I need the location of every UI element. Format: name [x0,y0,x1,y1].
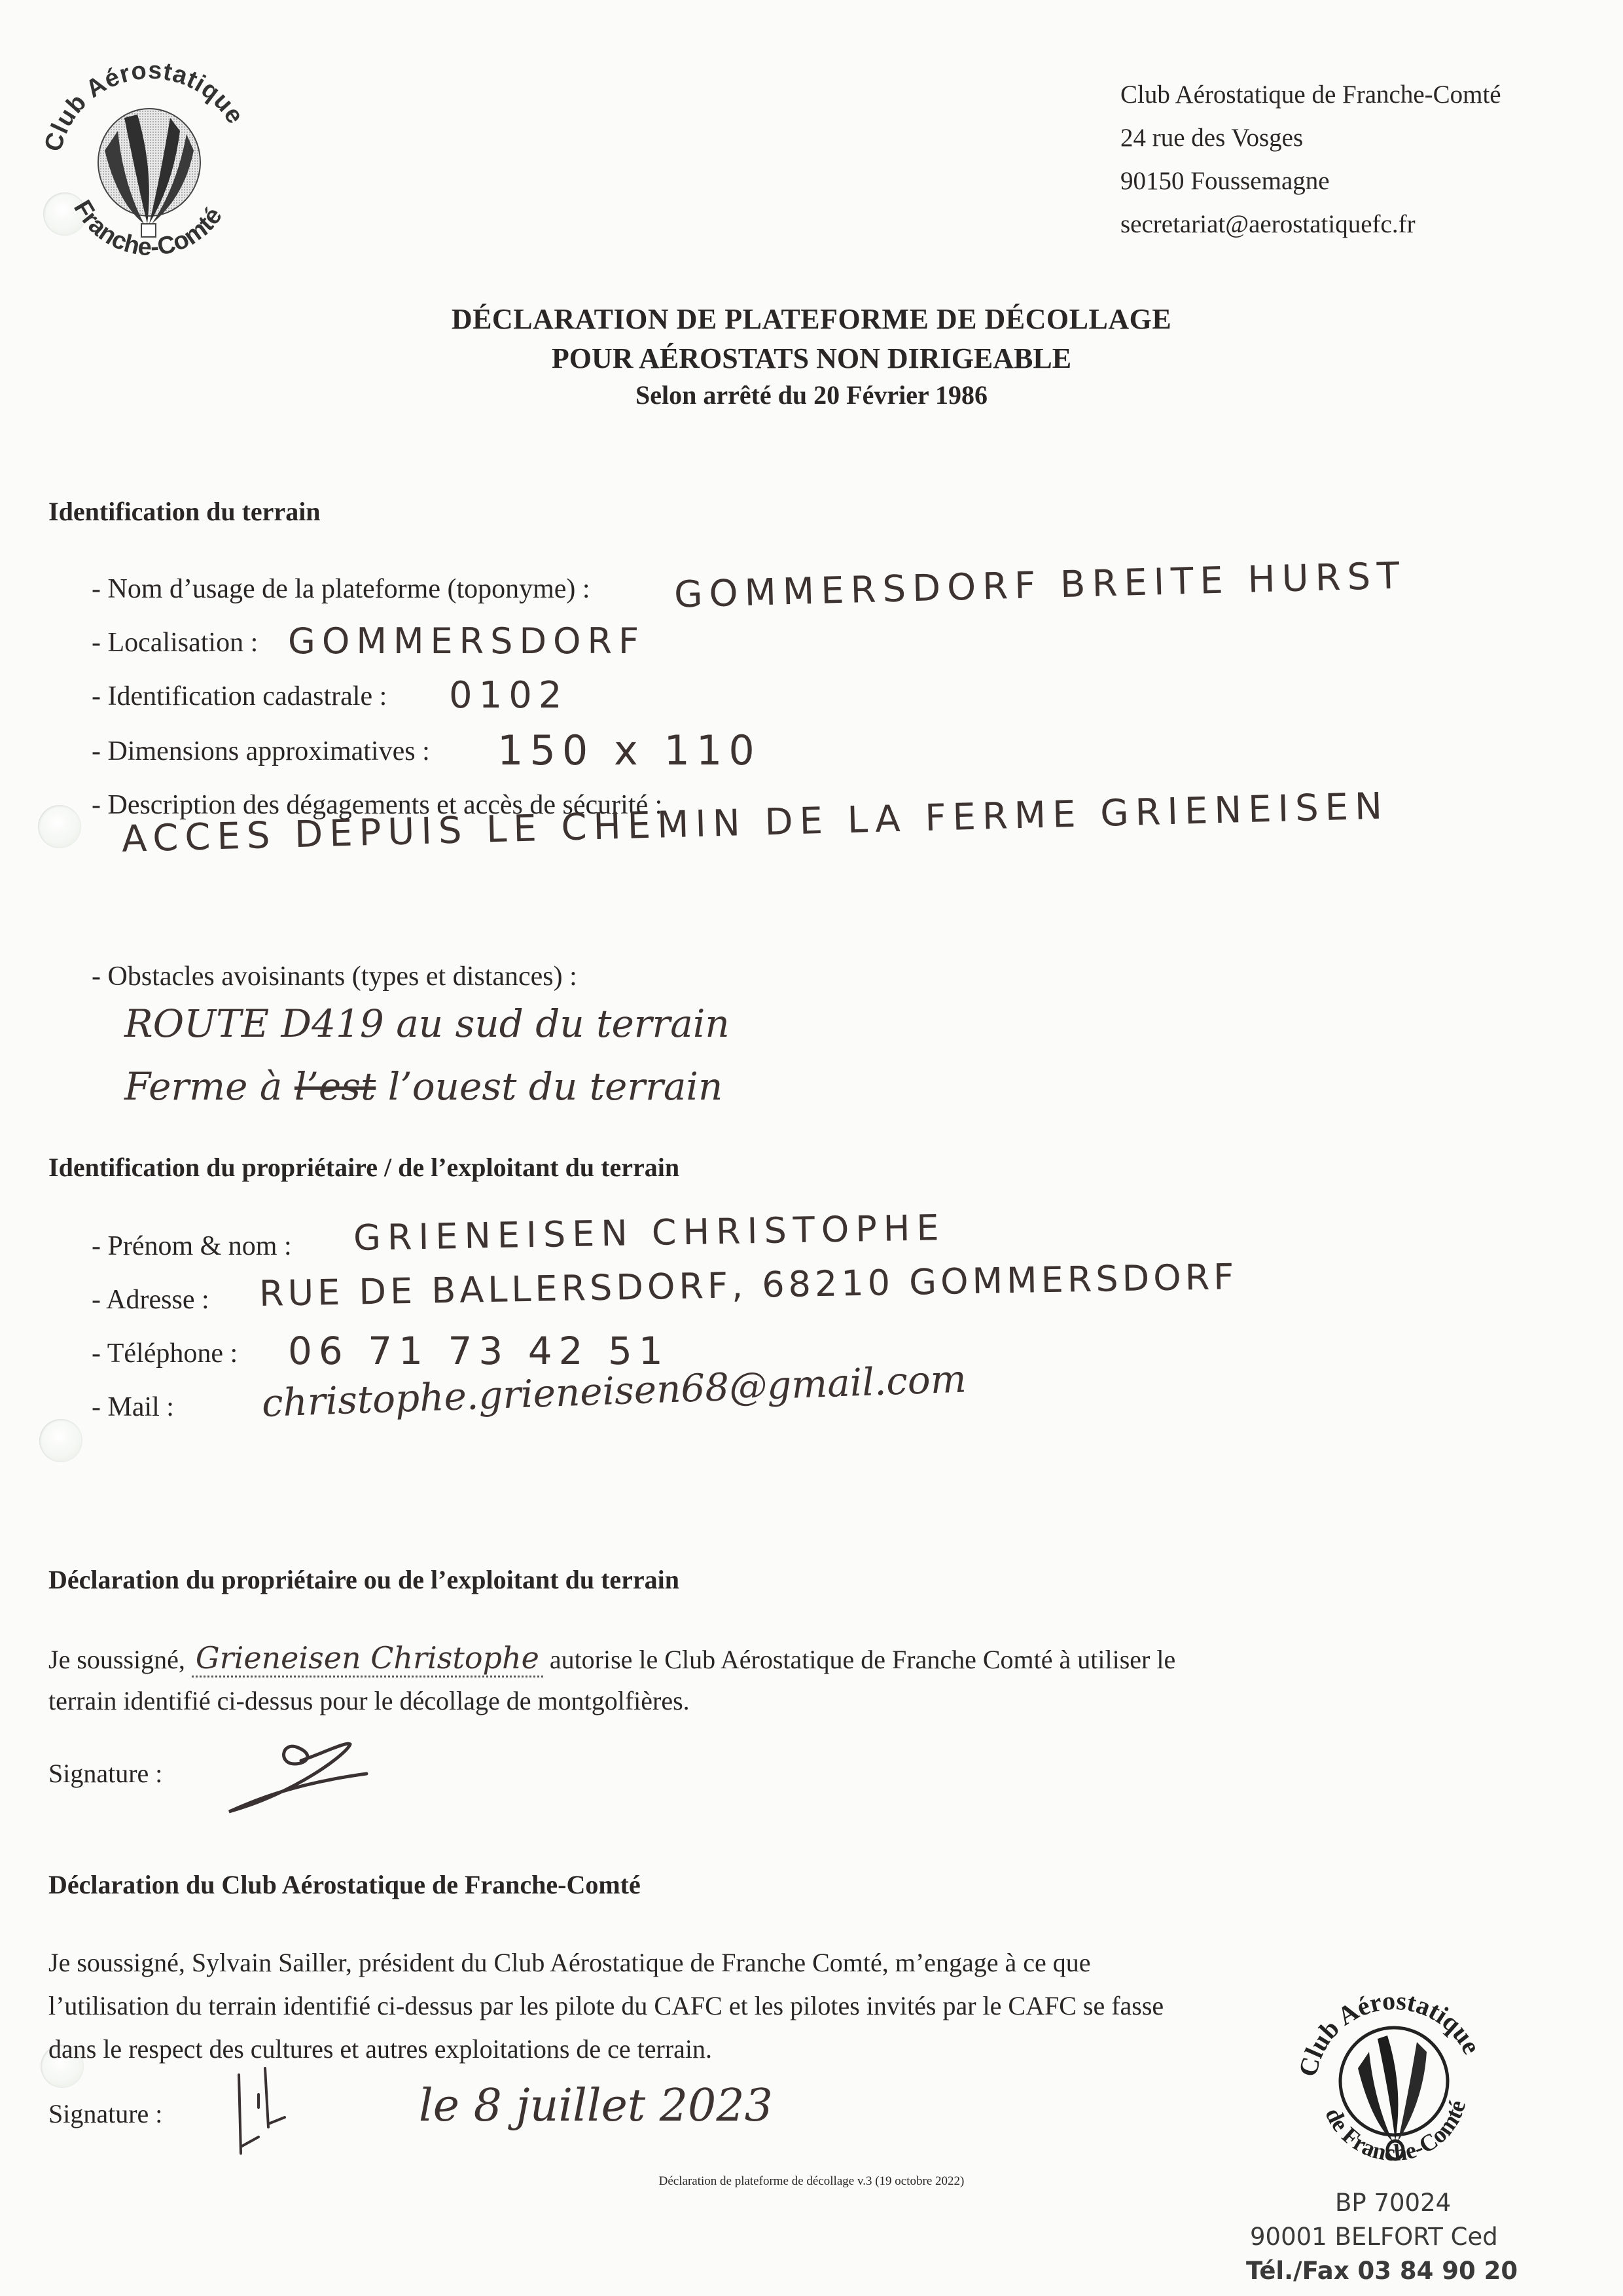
field-label-cadastral: - Identification cadastrale : [92,681,387,712]
field-label-obstacles: - Obstacles avoisinants (types et distan… [92,961,577,992]
signature-scribble-icon [216,1728,425,1820]
section-heading-owner-declaration: Déclaration du propriétaire ou de l’expl… [48,1564,679,1595]
hot-air-balloon-stamp-icon: Club Aérostatique de Franche-Comté [1296,1990,1492,2186]
club-declaration-line2: l’utilisation du terrain identifié ci-de… [48,1984,1164,2028]
club-city: 90150 Foussemagne [1120,160,1501,203]
signature-scribble-icon [229,2062,347,2160]
section-heading-terrain: Identification du terrain [48,496,321,527]
section-heading-owner: Identification du propriétaire / de l’ex… [48,1152,679,1183]
owner-declaration-line2: terrain identifié ci-dessus pour le déco… [48,1679,690,1723]
section-heading-club-declaration: Déclaration du Club Aérostatique de Fran… [48,1869,641,1900]
club-street: 24 rue des Vosges [1120,117,1501,160]
club-declaration-line3: dans le respect des cultures et autres e… [48,2028,712,2071]
field-value-cadastral[interactable]: 0102 [449,674,569,717]
field-label-phone: - Téléphone : [92,1338,238,1369]
hot-air-balloon-icon: Club Aérostatique Franche-Comté [39,52,262,262]
club-logo: Club Aérostatique Franche-Comté [39,52,262,262]
punch-hole [38,805,81,848]
stamp-city: 90001 BELFORT Ced [1250,2223,1498,2251]
field-label-toponym: - Nom d’usage de la plateforme (toponyme… [92,573,590,605]
stamp-po-box: BP 70024 [1335,2189,1451,2217]
punch-hole [39,1419,82,1462]
field-label-address: - Adresse : [92,1284,209,1316]
field-value-name[interactable]: GRIENEISEN CHRISTOPHE [353,1207,946,1259]
club-name: Club Aérostatique de Franche-Comté [1120,73,1501,117]
document-title: DÉCLARATION DE PLATEFORME DE DÉCOLLAGE [0,302,1623,336]
stamp-phone: Tél./Fax 03 84 90 20 [1246,2257,1518,2285]
owner-signature-label: Signature : [48,1758,162,1789]
document-subtitle: POUR AÉROSTATS NON DIRIGEABLE [0,342,1623,375]
owner-declaration-line1: Je soussigné, Grieneisen Christophe auto… [48,1636,1175,1681]
field-value-obstacles-line1[interactable]: ROUTE D419 au sud du terrain [124,1001,730,1046]
obstacles-line2-suffix: l’ouest du terrain [376,1064,722,1109]
obstacles-line2-prefix: Ferme à [124,1064,294,1109]
owner-signature[interactable] [216,1728,425,1823]
club-declaration-line1: Je soussigné, Sylvain Sailler, président… [48,1941,1090,1984]
owner-declaration-prefix: Je soussigné, [48,1645,185,1674]
club-address-block: Club Aérostatique de Franche-Comté 24 ru… [1120,73,1501,246]
field-value-obstacles-line2[interactable]: Ferme à l’est l’ouest du terrain [124,1064,722,1109]
field-value-dimensions[interactable]: 150 x 110 [497,726,761,774]
document-regulation: Selon arrêté du 20 Février 1986 [0,380,1623,410]
field-label-localisation: - Localisation : [92,627,258,658]
field-label-name: - Prénom & nom : [92,1230,292,1262]
club-stamp: Club Aérostatique de Franche-Comté [1296,1990,1492,2186]
field-label-dimensions: - Dimensions approximatives : [92,736,430,767]
field-value-address[interactable]: RUE DE BALLERSDORF, 68210 GOMMERSDORF [259,1256,1238,1314]
club-signature[interactable] [229,2062,347,2163]
owner-declaration-suffix: autorise le Club Aérostatique de Franche… [550,1645,1175,1674]
field-label-mail: - Mail : [92,1391,174,1423]
document-version-footer: Déclaration de plateforme de décollage v… [0,2174,1623,2189]
club-signature-date[interactable]: le 8 juillet 2023 [419,2080,773,2132]
field-value-toponym[interactable]: GOMMERSDORF BREITE HURST [673,554,1406,616]
obstacles-struck-word: l’est [294,1064,376,1109]
club-signature-label: Signature : [48,2098,162,2129]
club-email: secretariat@aerostatiquefc.fr [1120,203,1501,246]
owner-signed-name[interactable]: Grieneisen Christophe [192,1640,543,1677]
field-value-phone[interactable]: 06 71 73 42 51 [288,1329,669,1373]
field-value-localisation[interactable]: GOMMERSDORF [288,620,645,662]
